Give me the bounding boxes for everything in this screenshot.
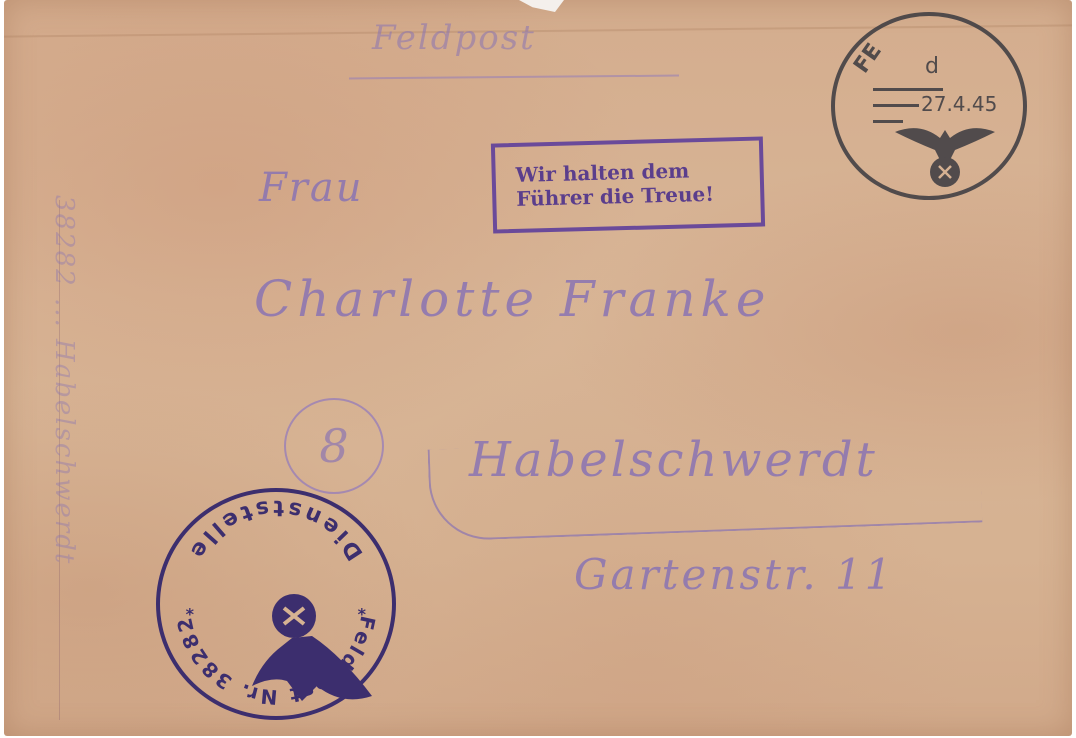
paper-tear: [519, 0, 564, 12]
sender-margin-note: 38282 ... Habelschwerdt: [49, 195, 79, 675]
recipient-street: Gartenstr. 11: [574, 550, 895, 599]
unit-stamp: Feldpost Nr. 38282 Dienststelle * *: [156, 488, 396, 720]
heading-underline: [349, 75, 679, 80]
recipient-salutation: Frau: [259, 165, 363, 211]
recipient-name: Charlotte Franke: [254, 270, 770, 328]
eagle-emblem-icon: [242, 586, 392, 716]
envelope: Feldpost Frau Charlotte Franke 8 Habelsc…: [4, 0, 1072, 736]
slogan-line-2: Führer die Treue!: [516, 181, 761, 211]
svg-text:*: *: [185, 600, 194, 619]
handwritten-heading: Feldpost: [372, 18, 536, 58]
eagle-emblem-icon: [890, 120, 1000, 190]
recipient-city: Habelschwerdt: [469, 432, 878, 488]
postmark-bar: [873, 88, 943, 91]
postmark-letter: d: [925, 54, 939, 79]
recipient-postcode: 8: [319, 419, 348, 473]
postmark-name: FE: [849, 39, 887, 78]
postmark: FE d 27.4.45: [831, 12, 1027, 200]
envelope-photo: Feldpost Frau Charlotte Franke 8 Habelsc…: [0, 0, 1076, 738]
slogan-stamp: Wir halten dem Führer die Treue!: [491, 136, 765, 233]
postmark-bar: [873, 104, 919, 107]
svg-text:Dienststelle: Dienststelle: [183, 495, 368, 565]
postcode-circle: 8: [284, 398, 384, 494]
postmark-date: 27.4.45: [921, 92, 997, 116]
unit-stamp-bottom-text: Dienststelle: [183, 495, 368, 565]
